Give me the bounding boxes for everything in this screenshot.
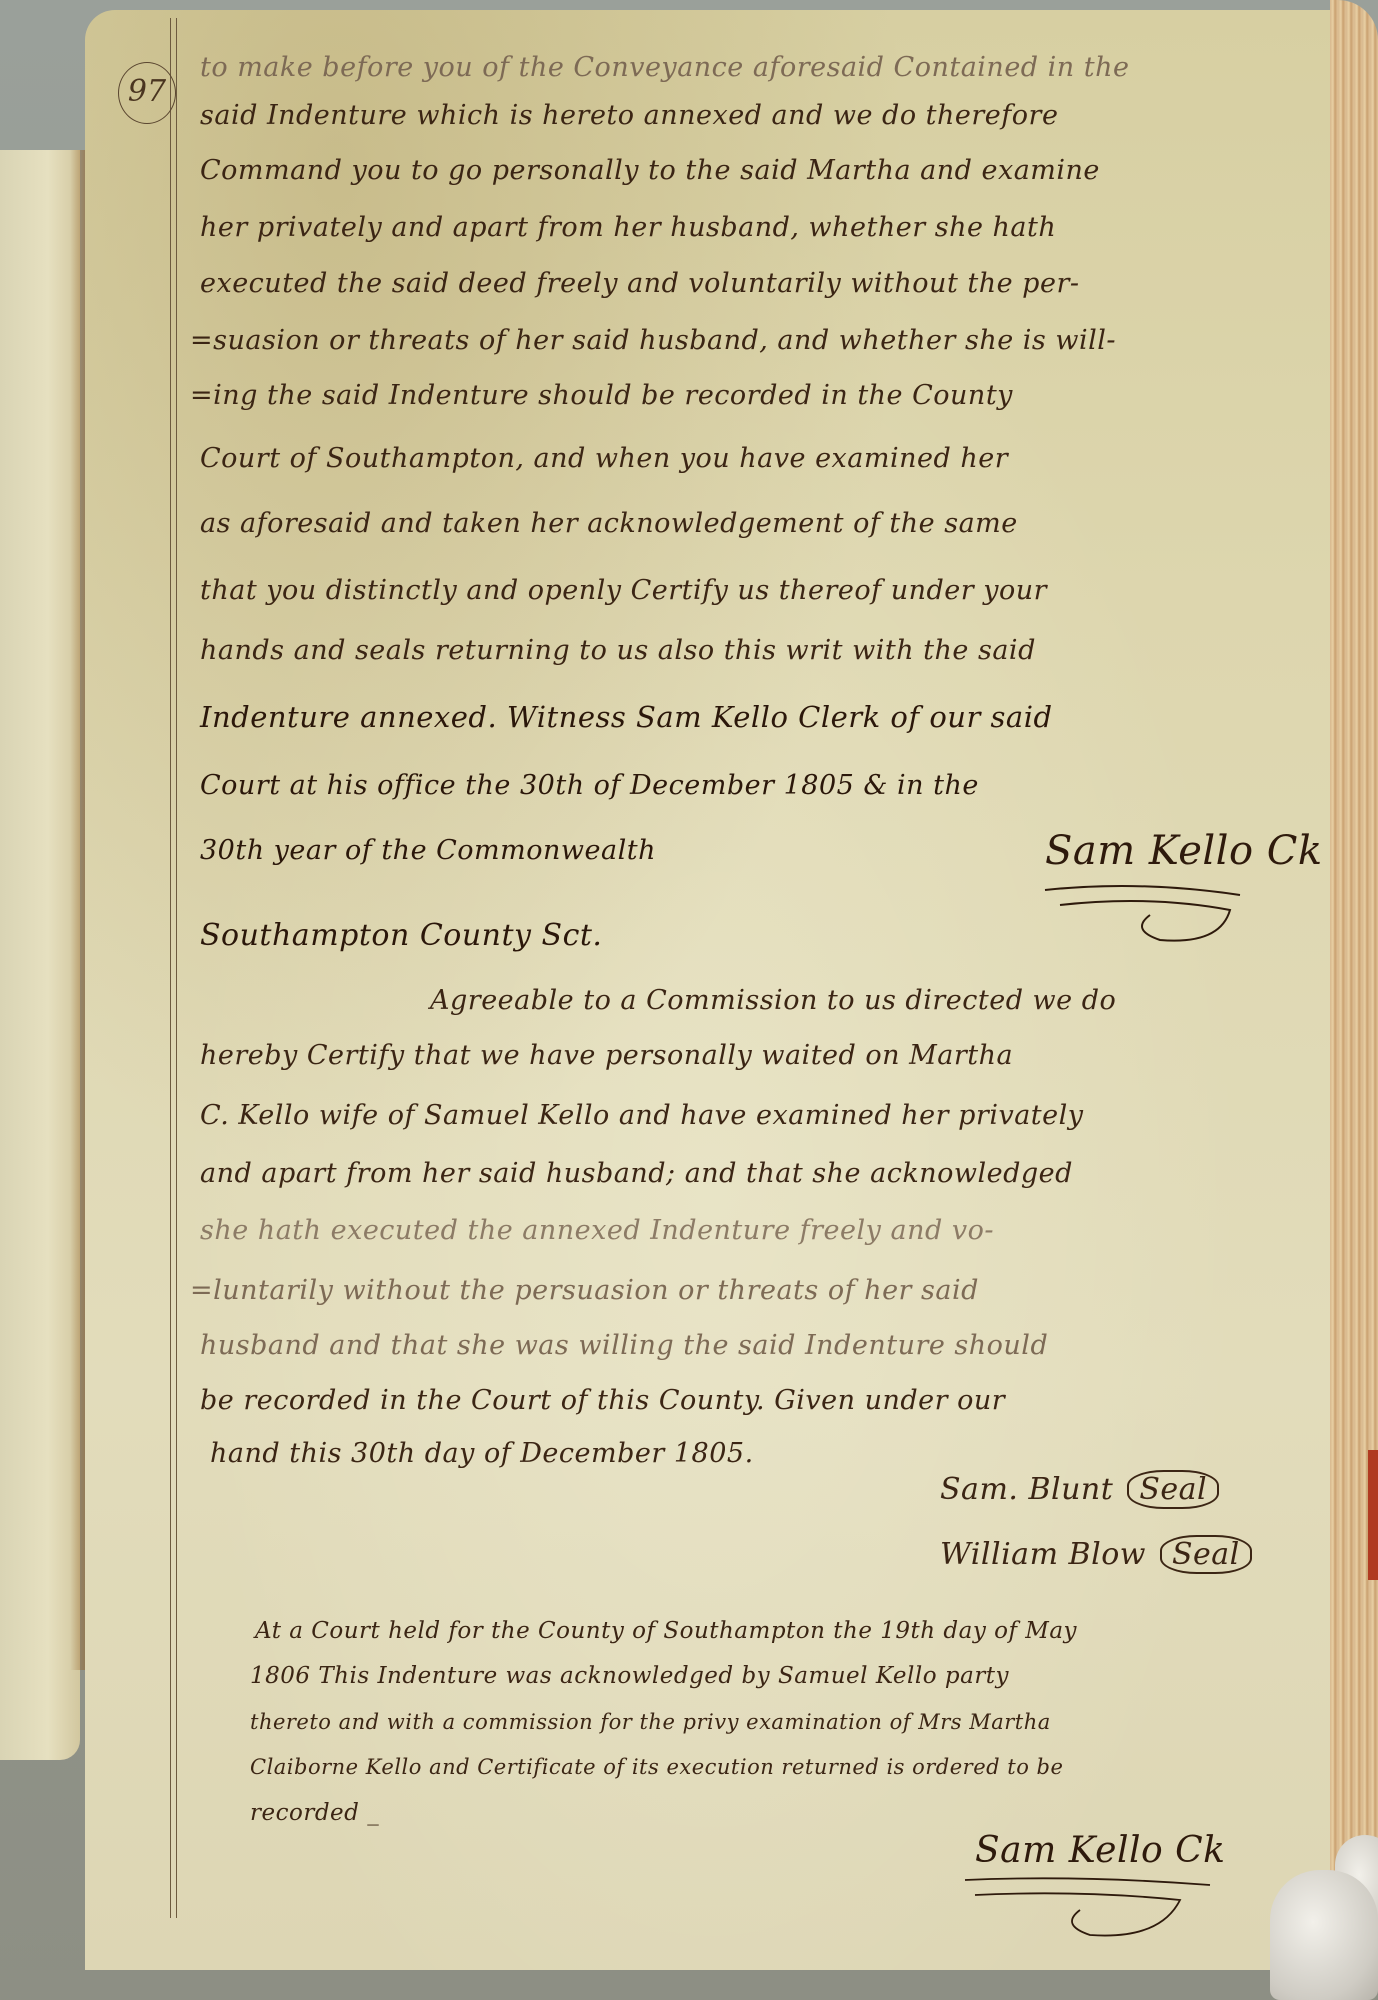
- text-line: Court at his office the 30th of December…: [200, 770, 979, 801]
- text-line: 1806 This Indenture was acknowledged by …: [250, 1663, 1009, 1689]
- seal-mark: Seal: [1160, 1535, 1252, 1574]
- text-line: be recorded in the Court of this County.…: [200, 1385, 1005, 1416]
- text-line: C. Kello wife of Samuel Kello and have e…: [200, 1100, 1084, 1131]
- text-line: Claiborne Kello and Certificate of its e…: [250, 1755, 1063, 1779]
- gloved-thumb: [1270, 1870, 1378, 2000]
- clerk-signature: Sam Kello Ck: [1045, 828, 1323, 874]
- text-line: as aforesaid and taken her acknowledgeme…: [200, 508, 1018, 539]
- text-line: recorded _: [250, 1800, 379, 1826]
- margin-rule-right: [176, 18, 177, 1918]
- page-stack-edges: [1330, 0, 1378, 1890]
- text-line: that you distinctly and openly Certify u…: [200, 575, 1047, 606]
- text-line: Agreeable to a Commission to us directed…: [430, 985, 1116, 1016]
- text-line: husband and that she was willing the sai…: [200, 1330, 1048, 1361]
- commissioner-signature-blow: William Blow Seal: [940, 1535, 1252, 1574]
- text-line: executed the said deed freely and volunt…: [200, 268, 1079, 299]
- text-line: Command you to go personally to the said…: [200, 155, 1100, 186]
- signer-name: William Blow: [940, 1537, 1146, 1572]
- signature-flourish: [960, 1870, 1220, 1950]
- signer-name: Sam. Blunt: [940, 1472, 1113, 1507]
- facing-page-edge: [0, 150, 80, 1760]
- text-line: =suasion or threats of her said husband,…: [190, 325, 1116, 356]
- seal-mark: Seal: [1127, 1470, 1219, 1509]
- text-line: said Indenture which is hereto annexed a…: [200, 100, 1058, 131]
- text-line: 30th year of the Commonwealth: [200, 835, 656, 866]
- text-line: she hath executed the annexed Indenture …: [200, 1215, 994, 1246]
- text-line: =ing the said Indenture should be record…: [190, 380, 1013, 411]
- text-line: Court of Southampton, and when you have …: [200, 443, 1008, 474]
- text-line: thereto and with a commission for the pr…: [250, 1710, 1051, 1734]
- text-line: her privately and apart from her husband…: [200, 212, 1056, 243]
- text-line: and apart from her said husband; and tha…: [200, 1158, 1073, 1189]
- text-line: At a Court held for the County of Southa…: [255, 1618, 1077, 1644]
- text-line: hands and seals returning to us also thi…: [200, 635, 1036, 666]
- text-line: hand this 30th day of December 1805.: [210, 1438, 754, 1469]
- clerk-signature-final: Sam Kello Ck: [975, 1830, 1225, 1871]
- margin-rule-left: [170, 18, 171, 1918]
- commissioner-signature-blunt: Sam. Blunt Seal: [940, 1470, 1219, 1509]
- text-line: hereby Certify that we have personally w…: [200, 1040, 1013, 1071]
- certificate-heading: Southampton County Sct.: [200, 918, 602, 953]
- text-line: =luntarily without the persuasion or thr…: [190, 1275, 979, 1306]
- text-line: Indenture annexed. Witness Sam Kello Cle…: [200, 700, 1053, 734]
- red-bookmark-edge: [1368, 1450, 1378, 1580]
- text-line: to make before you of the Conveyance afo…: [200, 52, 1130, 83]
- folio-number: 97: [118, 62, 176, 124]
- signature-flourish: [1040, 870, 1260, 950]
